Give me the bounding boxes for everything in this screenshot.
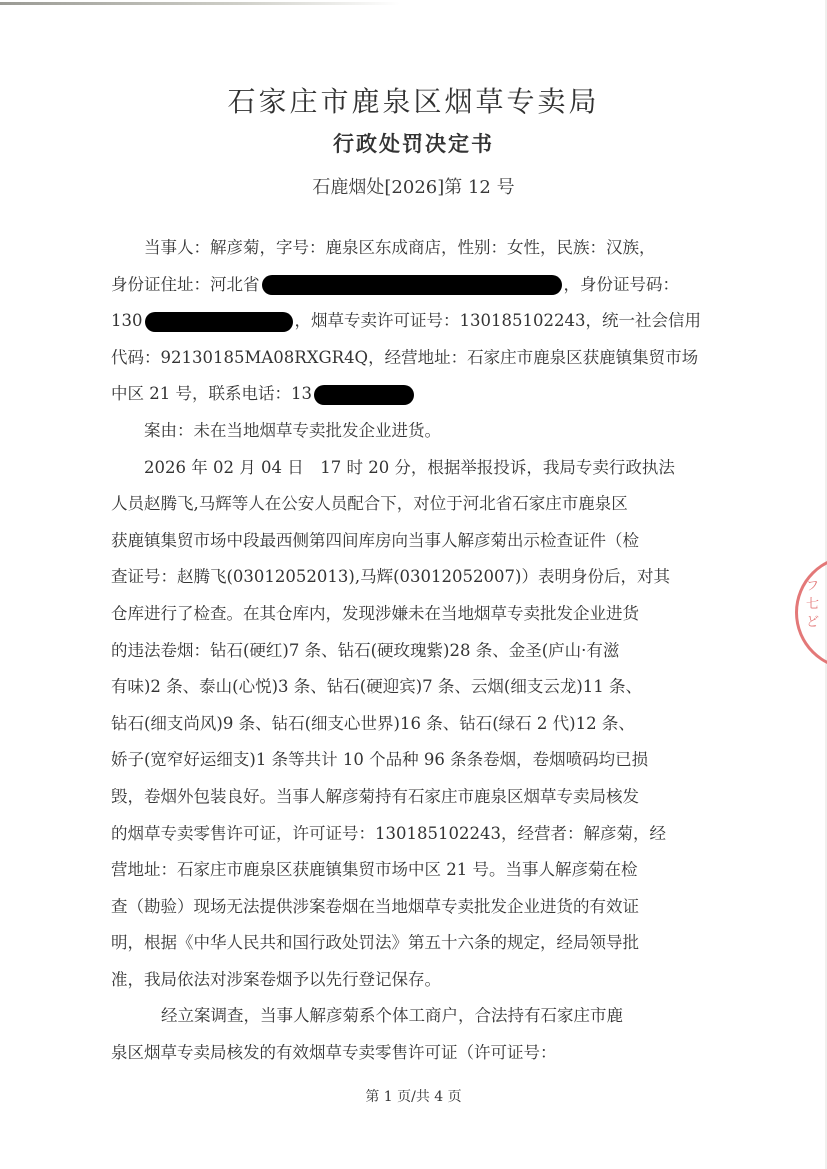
facts-line: 钻石(细支尚风)9 条、钻石(细支心世界)16 条、钻石(绿石 2 代)12 条…	[111, 706, 771, 743]
facts-line: 明，根据《中华人民共和国行政处罚法》第五十六条的规定，经局领导批	[111, 925, 771, 962]
document-type-title: 行政处罚决定书	[0, 128, 827, 158]
investigation-line: 泉区烟草专卖局核发的有效烟草专卖零售许可证（许可证号：	[111, 1035, 771, 1072]
license-info: ，烟草专卖许可证号：130185102243，统一社会信用	[295, 311, 701, 330]
facts-line: 娇子(宽窄好运细支)1 条等共计 10 个品种 96 条条卷烟，卷烟喷码均已损	[111, 742, 771, 779]
official-seal-stamp: フ 七 ど	[795, 555, 827, 670]
id-number-label: ，身份证号码：	[564, 275, 680, 294]
facts-line: 有味)2 条、泰山(心悦)3 条、钻石(硬迎宾)7 条、云烟(细支云龙)11 条…	[111, 669, 771, 706]
case-reason: 案由：未在当地烟草专卖批发企业进货。	[111, 413, 771, 450]
party-line-3: 130，烟草专卖许可证号：130185102243，统一社会信用	[111, 303, 771, 340]
facts-line: 仓库进行了检查。在其仓库内，发现涉嫌未在当地烟草专卖批发企业进货	[111, 596, 771, 633]
facts-line: 毁，卷烟外包装良好。当事人解彦菊持有石家庄市鹿泉区烟草专卖局核发	[111, 779, 771, 816]
party-line-4: 代码：92130185MA08RXGR4Q，经营地址：石家庄市鹿泉区获鹿镇集贸市…	[111, 340, 771, 377]
scan-edge-shadow	[0, 2, 400, 5]
facts-line: 准，我局依法对涉案卷烟予以先行登记保存。	[111, 962, 771, 999]
redaction-id-number	[145, 312, 293, 332]
investigation-line: 经立案调查，当事人解彦菊系个体工商户，合法持有石家庄市鹿	[111, 998, 771, 1035]
agency-title: 石家庄市鹿泉区烟草专卖局	[0, 80, 827, 120]
address-label: 身份证住址：河北省	[111, 275, 260, 294]
facts-line: 营地址：石家庄市鹿泉区获鹿镇集贸市场中区 21 号。当事人解彦菊在检	[111, 852, 771, 889]
facts-line: 获鹿镇集贸市场中段最西侧第四间库房向当事人解彦菊出示检查证件（检	[111, 523, 771, 560]
party-line-2: 身份证住址：河北省，身份证号码：	[111, 267, 771, 304]
facts-line: 的烟草专卖零售许可证，许可证号：130185102243，经营者：解彦菊，经	[111, 816, 771, 853]
facts-line: 查证号：赵腾飞(03012052013),马辉(03012052007)）表明身…	[111, 559, 771, 596]
party-line-1: 当事人：解彦菊，字号：鹿泉区东成商店，性别：女性，民族：汉族，	[111, 230, 771, 267]
stamp-char: フ	[806, 578, 827, 596]
facts-line: 2026 年 02 月 04 日 17 时 20 分，根据举报投诉，我局专卖行政…	[111, 450, 771, 487]
phone-label: 中区 21 号，联系电话：13	[111, 384, 312, 403]
redaction-address	[262, 275, 562, 295]
page-number: 第 1 页/共 4 页	[0, 1086, 827, 1106]
redaction-phone	[314, 385, 414, 405]
stamp-char: ど	[806, 614, 827, 632]
facts-line: 人员赵腾飞,马辉等人在公安人员配合下，对位于河北省石家庄市鹿泉区	[111, 486, 771, 523]
document-body: 当事人：解彦菊，字号：鹿泉区东成商店，性别：女性，民族：汉族， 身份证住址：河北…	[111, 230, 771, 1072]
facts-line: 查（勘验）现场无法提供涉案卷烟在当地烟草专卖批发企业进货的有效证	[111, 889, 771, 926]
facts-line: 的违法卷烟：钻石(硬红)7 条、钻石(硬玫瑰紫)28 条、金圣(庐山·有滋	[111, 633, 771, 670]
stamp-char: 七	[806, 596, 827, 614]
id-number-prefix: 130	[111, 311, 143, 330]
document-number: 石鹿烟处[2026]第 12 号	[0, 173, 827, 199]
party-line-5: 中区 21 号，联系电话：13	[111, 376, 771, 413]
